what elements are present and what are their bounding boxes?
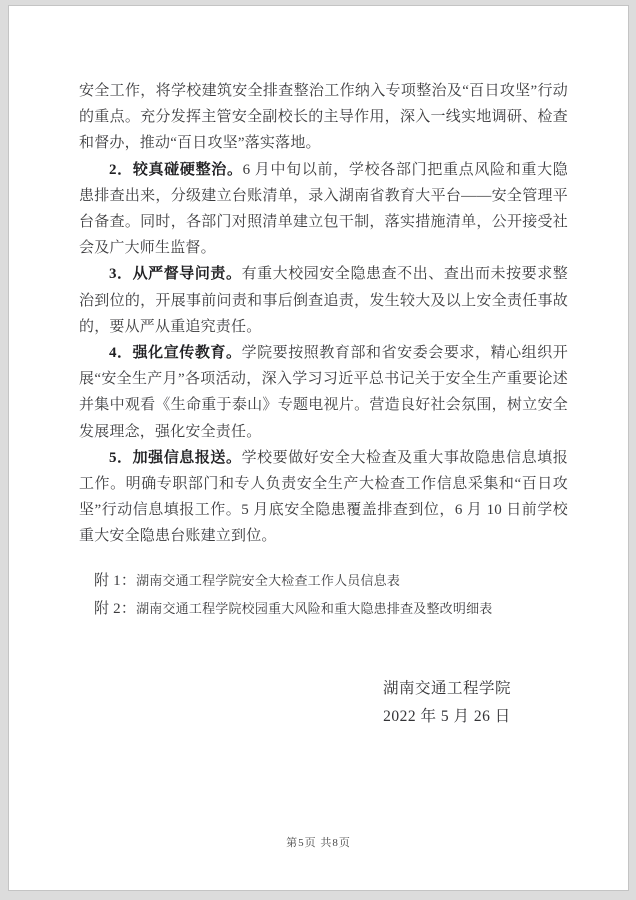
- paragraph: 安全工作，将学校建筑安全排查整治工作纳入专项整治及“百日攻坚”行动的重点。充分发…: [79, 78, 568, 157]
- paragraph-lead: 4．强化宣传教育。: [109, 345, 242, 361]
- attachment-title: 湖南交通工程学院安全大检查工作人员信息表: [136, 573, 400, 588]
- attachment-item: 附 1：湖南交通工程学院安全大检查工作人员信息表: [79, 567, 568, 595]
- paragraph-lead: 3．从严督导问责。: [109, 266, 242, 282]
- document-page: 安全工作，将学校建筑安全排查整治工作纳入专项整治及“百日攻坚”行动的重点。充分发…: [8, 5, 629, 891]
- attachment-label: 附 1：: [94, 573, 136, 589]
- paragraph-list: 安全工作，将学校建筑安全排查整治工作纳入专项整治及“百日攻坚”行动的重点。充分发…: [79, 78, 568, 550]
- attachment-label: 附 2：: [94, 601, 136, 617]
- paragraph: 4．强化宣传教育。学院要按照教育部和省安委会要求，精心组织开展“安全生产月”各项…: [79, 340, 568, 445]
- page-number: 第5页 共8页: [9, 834, 628, 850]
- signature-org: 湖南交通工程学院: [383, 675, 511, 703]
- attachment-list: 附 1：湖南交通工程学院安全大检查工作人员信息表附 2：湖南交通工程学院校园重大…: [79, 567, 568, 623]
- signature-date: 2022 年 5 月 26 日: [383, 703, 511, 731]
- paragraph-lead: 2．较真碰硬整治。: [109, 162, 243, 178]
- signature-block: 湖南交通工程学院 2022 年 5 月 26 日: [79, 675, 568, 731]
- paragraph: 2．较真碰硬整治。6 月中旬以前，学校各部门把重点风险和重大隐患排查出来，分级建…: [79, 157, 568, 262]
- document-body: 安全工作，将学校建筑安全排查整治工作纳入专项整治及“百日攻坚”行动的重点。充分发…: [79, 78, 568, 731]
- signature-inner: 湖南交通工程学院 2022 年 5 月 26 日: [383, 675, 511, 731]
- attachment-item: 附 2：湖南交通工程学院校园重大风险和重大隐患排查及整改明细表: [79, 595, 568, 623]
- paragraph-lead: 5．加强信息报送。: [109, 450, 242, 466]
- paragraph: 3．从严督导问责。有重大校园安全隐患查不出、查出而未按要求整治到位的，开展事前问…: [79, 261, 568, 340]
- attachment-title: 湖南交通工程学院校园重大风险和重大隐患排查及整改明细表: [136, 601, 492, 616]
- paragraph: 5．加强信息报送。学校要做好安全大检查及重大事故隐患信息填报工作。明确专职部门和…: [79, 445, 568, 550]
